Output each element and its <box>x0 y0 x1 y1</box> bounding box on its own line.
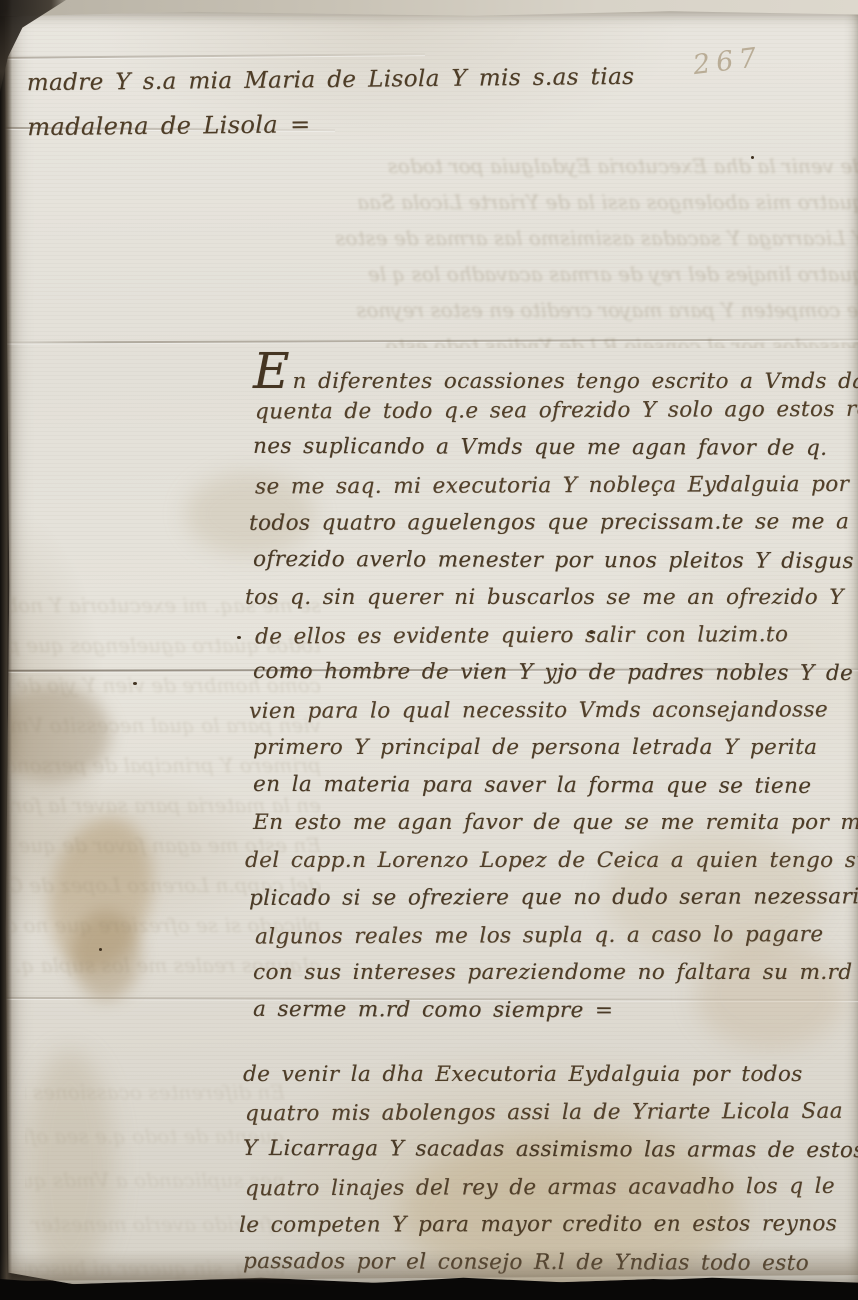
bleedthrough-line: le competen Y para mayor credito en esto… <box>335 292 858 328</box>
bleedthrough-line: quatro linajes del rey de armas acavadho… <box>335 256 858 292</box>
paper-stain <box>71 910 141 1000</box>
scanned-manuscript-page: de venir la dha Executoria Eydalguia por… <box>0 0 858 1300</box>
manuscript-line: Y Licarraga Y sacadas assimismo las arma… <box>243 1130 858 1170</box>
ink-speck <box>751 156 754 159</box>
manuscript-line: todos quatro aguelengos que precissam.te… <box>249 503 858 542</box>
body-paragraph-1: En diferentes ocassiones tengo escrito a… <box>253 354 858 1029</box>
manuscript-line: con sus intereses pareziendome no faltar… <box>253 954 858 992</box>
manuscript-line: en la materia para saver la forma que se… <box>253 765 858 805</box>
manuscript-line: de venir la dha Executoria Eydalguia por… <box>243 1056 858 1094</box>
manuscript-line: ofrezido averlo menester por unos pleito… <box>253 540 858 580</box>
manuscript-line: le competen Y para mayor credito en esto… <box>239 1205 858 1244</box>
ink-speck <box>237 636 241 639</box>
binding-gutter-edge <box>0 0 12 1300</box>
manuscript-line: En esto me agan favor de que se me remit… <box>253 804 858 842</box>
bleedthrough-text: de venir la dha Executoria Eydalguia por… <box>335 148 858 348</box>
manuscript-line: primero Y principal de persona letrada Y… <box>253 729 858 767</box>
folio-number: 267 <box>691 42 764 81</box>
paper-stain <box>25 1050 115 1280</box>
manuscript-line: como hombre de vien Y yjo de padres nobl… <box>253 653 858 693</box>
manuscript-line: nes suplicando a Vmds que me agan favor … <box>253 428 858 468</box>
bleedthrough-line: quatro mis abolengos assi la de Yriarte … <box>335 184 858 220</box>
bleedthrough-line: Y Licarraga Y sacadas assimismo las arma… <box>335 220 858 256</box>
manuscript-line: quenta de todo q.e sea ofrezido Y solo a… <box>255 390 858 430</box>
manuscript-line: quatro mis abolengos assi la de Yriarte … <box>245 1092 858 1132</box>
manuscript-line: a serme m.rd como siempre = <box>253 990 858 1030</box>
manuscript-line: tos q. sin querer ni buscarlos se me an … <box>245 579 858 617</box>
address-block: madre Y s.a mia Maria de Lisola Y mis s.… <box>27 55 635 149</box>
manuscript-line: de ellos es evidente quiero salir con lu… <box>255 615 858 655</box>
manuscript-leaf: de venir la dha Executoria Eydalguia por… <box>5 10 858 1288</box>
ink-speck <box>133 682 137 685</box>
paper-stain <box>36 807 166 980</box>
bleedthrough-line: de venir la dha Executoria Eydalguia por… <box>335 148 858 184</box>
address-line: madre Y s.a mia Maria de Lisola Y mis s.… <box>27 55 635 105</box>
manuscript-line: quatro linajes del rey de armas acavadho… <box>245 1167 858 1207</box>
bleedthrough-line: passados por el consejo R.l de Yndias to… <box>335 328 858 348</box>
ink-speck <box>99 948 102 951</box>
manuscript-line: plicado si se ofreziere que no dudo sera… <box>249 878 858 917</box>
manuscript-line: algunos reales me los supla q. a caso lo… <box>255 915 858 955</box>
address-line: madalena de Lisola = <box>27 99 635 149</box>
bottom-page-edge-shadow <box>0 1245 858 1281</box>
manuscript-line: En diferentes ocassiones tengo escrito a… <box>253 354 858 392</box>
manuscript-line: del capp.n Lorenzo Lopez de Ceica a quie… <box>245 842 858 880</box>
manuscript-line: vien para lo qual necessito Vmds aconsej… <box>249 691 858 730</box>
manuscript-line: se me saq. mi executoria Y nobleça Eydal… <box>255 465 858 505</box>
paper-stain <box>0 686 111 782</box>
fold-crease <box>5 339 858 344</box>
